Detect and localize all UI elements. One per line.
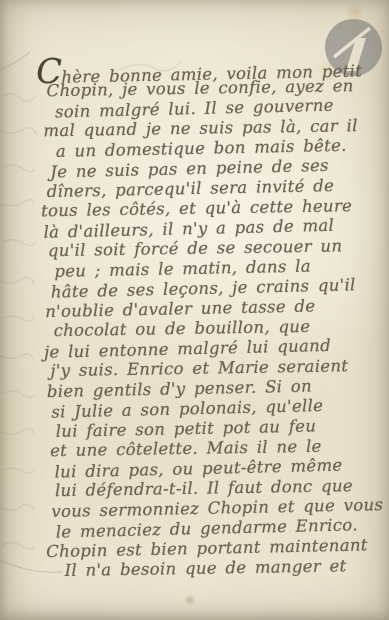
letter-text: Chère bonne amie, voila mon petitChopin,… [0, 53, 389, 583]
letter-photo: Chère bonne amie, voila mon petitChopin,… [0, 0, 389, 620]
page-bottom-edge [0, 610, 389, 620]
